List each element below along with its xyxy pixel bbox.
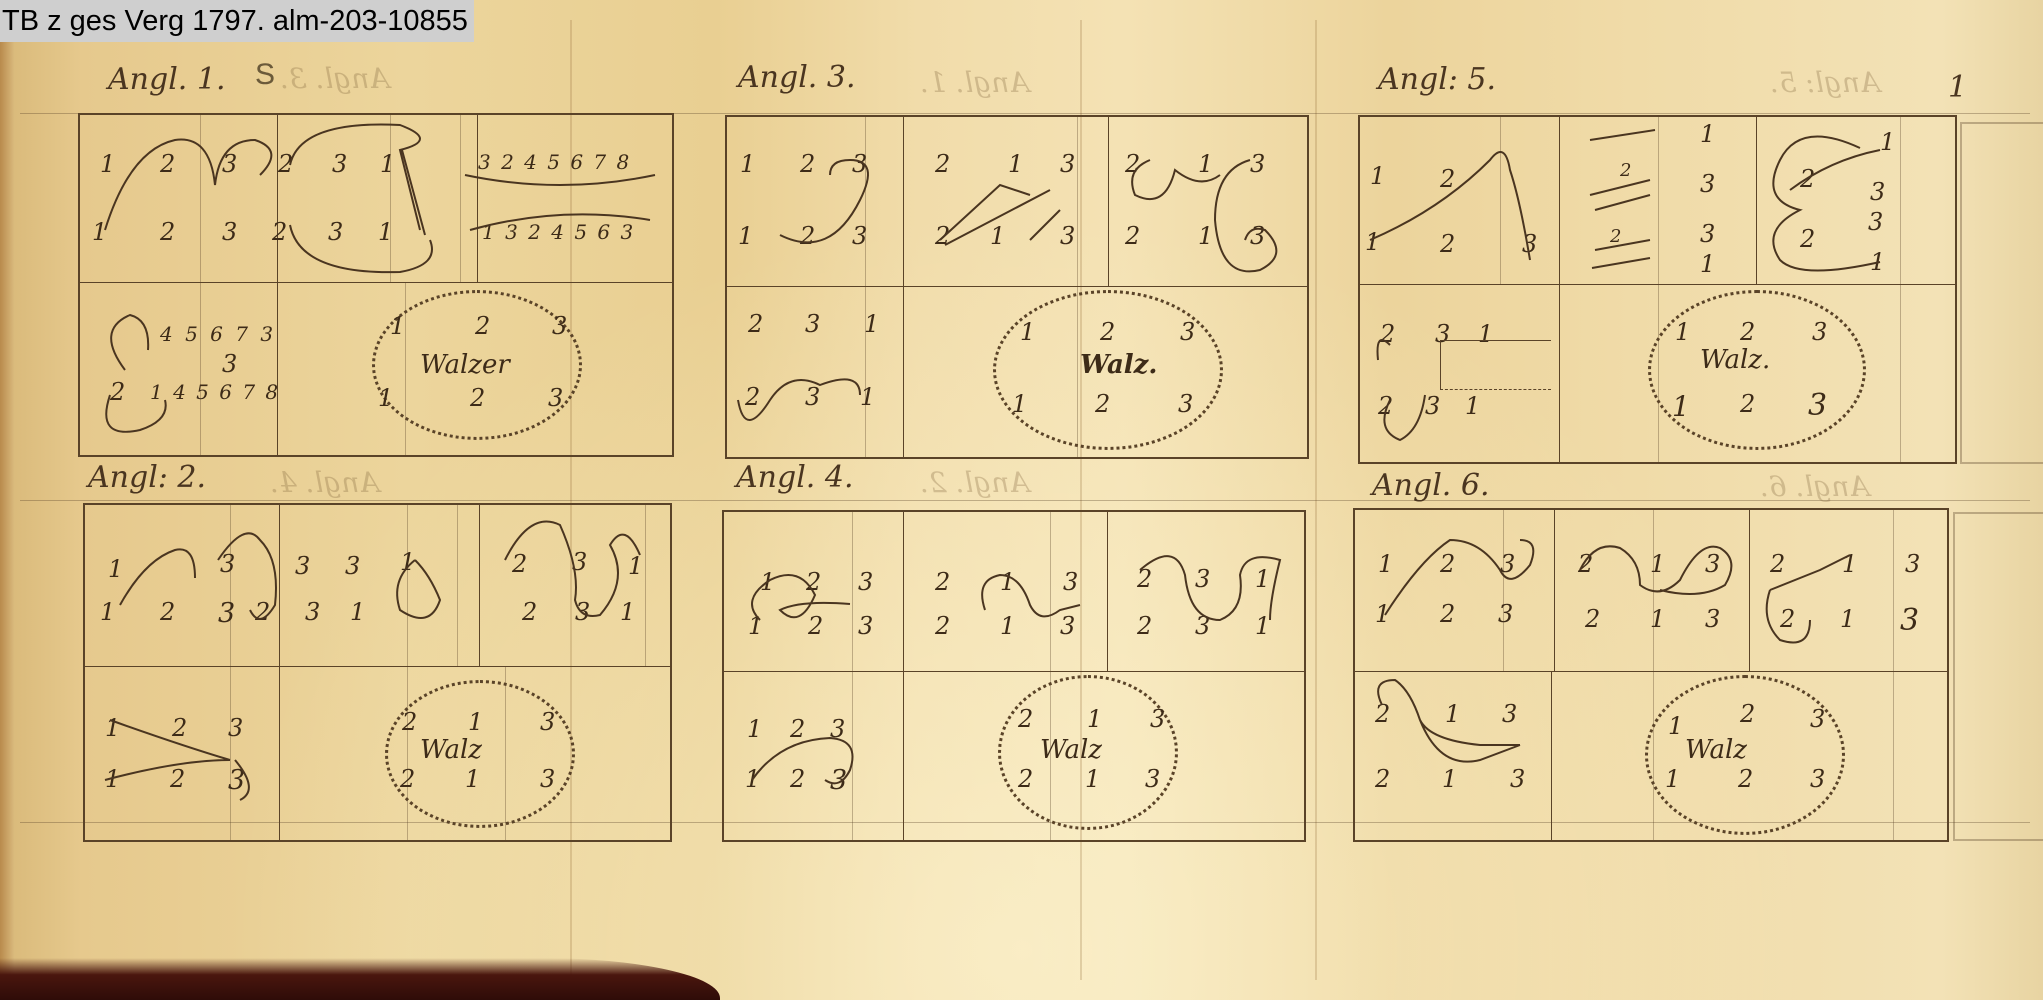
- position-number: 2: [1100, 318, 1115, 346]
- ghost-label: Angl. 1.: [920, 66, 1030, 99]
- position-number: 3: [858, 568, 873, 596]
- position-number: 2: [1740, 700, 1755, 728]
- position-number: 2: [1800, 165, 1815, 193]
- position-number: 2: [110, 378, 125, 406]
- position-number: 3: [1250, 150, 1265, 178]
- adjacent-panel-edge: [1960, 122, 2043, 464]
- section-label-angl-5: Angl: 5.: [1378, 62, 1496, 97]
- position-number: 3: [852, 222, 867, 250]
- position-number: 3: [1810, 705, 1825, 733]
- position-number: 1: [1672, 390, 1690, 423]
- position-number: 3: [548, 384, 563, 412]
- position-number: 2: [1610, 226, 1621, 247]
- position-number: 3: [1063, 568, 1078, 596]
- position-number: 1: [1198, 150, 1213, 178]
- position-number: 2: [1440, 550, 1455, 578]
- position-number: 2: [1440, 230, 1455, 258]
- position-number: 2: [272, 218, 287, 246]
- position-number: 2: [1095, 390, 1110, 418]
- section-label-angl-3: Angl. 3.: [738, 60, 855, 95]
- position-number: 3: [345, 552, 360, 580]
- position-number: 3: [222, 150, 237, 178]
- position-number: 1: [860, 383, 875, 411]
- image-caption: TB z ges Verg 1797. alm-203-10855: [0, 0, 474, 42]
- position-number: 1: [378, 384, 393, 412]
- position-number: 2: [935, 568, 950, 596]
- ghost-label: Angl. 3.: [280, 62, 390, 95]
- position-number: 3: [1502, 700, 1517, 728]
- position-number: 2: [1738, 765, 1753, 793]
- position-number: 2: [808, 612, 823, 640]
- position-number: 1: [1870, 248, 1885, 276]
- ghost-label: Angl. 4.: [270, 466, 380, 499]
- position-number: 2: [475, 312, 490, 340]
- position-number: 3: [328, 218, 343, 246]
- position-number: 2: [806, 568, 821, 596]
- position-number: 3: [1705, 550, 1720, 578]
- position-number: 1: [1020, 318, 1035, 346]
- position-number: 3: [1195, 565, 1210, 593]
- position-number: 2: [935, 222, 950, 250]
- position-number: 3: [1060, 612, 1075, 640]
- position-number: 3: [540, 708, 555, 736]
- walz-label: Walz: [1685, 735, 1747, 765]
- position-number: 1: [400, 548, 415, 576]
- position-number: 3: [1250, 222, 1265, 250]
- position-number: 3: [1905, 550, 1920, 578]
- position-number: 2: [400, 765, 415, 793]
- adjacent-panel-edge: [1953, 512, 2043, 841]
- position-number: 1: [1012, 390, 1027, 418]
- position-number: 3: [1808, 388, 1827, 423]
- position-number: 3: [552, 312, 567, 340]
- position-number: 3: [1180, 318, 1195, 346]
- position-number: 3: [1810, 765, 1825, 793]
- position-number: 3: [805, 383, 820, 411]
- position-number: 3: [1870, 178, 1885, 206]
- position-number: 1: [1008, 150, 1023, 178]
- position-number: 3: [540, 765, 555, 793]
- position-number: 2: [1375, 700, 1390, 728]
- position-number: 2: [1578, 550, 1593, 578]
- position-number: 1: [1650, 605, 1665, 633]
- position-number: 2: [160, 150, 175, 178]
- position-number: 1: [1880, 128, 1895, 156]
- ghost-label: Angl: 5.: [1770, 66, 1880, 99]
- position-number: 1: [1370, 162, 1385, 190]
- position-sequence: 1 3 2 4 5 6 3: [482, 220, 635, 244]
- position-number: 3: [1700, 170, 1715, 198]
- position-number: 1: [1840, 605, 1855, 633]
- position-number: 3: [228, 714, 243, 742]
- marker-label: S: [255, 58, 275, 92]
- position-number: 3: [222, 350, 237, 378]
- position-number: 1: [378, 218, 393, 246]
- position-number: 2: [512, 550, 527, 578]
- position-number: 1: [1365, 228, 1380, 256]
- position-number: 3: [1060, 150, 1075, 178]
- position-sequence: 3 2 4 5 6 7 8: [478, 150, 631, 174]
- position-number: 2: [1018, 765, 1033, 793]
- position-number: 1: [628, 552, 643, 580]
- position-number: 2: [1125, 222, 1140, 250]
- page-number: 1: [1948, 70, 1967, 105]
- position-number: 2: [935, 612, 950, 640]
- section-label-angl-1: Angl. 1.: [108, 62, 225, 97]
- position-number: 2: [1620, 160, 1631, 181]
- position-number: 3: [1060, 222, 1075, 250]
- position-number: 1: [380, 150, 395, 178]
- position-number: 3: [218, 598, 235, 629]
- position-number: 2: [800, 222, 815, 250]
- position-number: 2: [1440, 600, 1455, 628]
- position-number: 2: [470, 384, 485, 412]
- section-label-angl-6: Angl. 6.: [1372, 468, 1489, 503]
- position-number: 2: [255, 598, 270, 626]
- position-number: 3: [1900, 603, 1919, 638]
- position-number: 1: [100, 598, 115, 626]
- position-number: 3: [1705, 605, 1720, 633]
- position-sequence: 4 5 6 7 3: [160, 322, 276, 346]
- position-number: 2: [748, 310, 763, 338]
- position-number: 3: [830, 765, 847, 796]
- position-number: 2: [170, 765, 185, 793]
- position-number: 2: [1137, 565, 1152, 593]
- position-number: 1: [350, 598, 365, 626]
- position-number: 3: [228, 765, 245, 796]
- position-number: 1: [1085, 765, 1100, 793]
- position-number: 3: [1145, 765, 1160, 793]
- binding-shadow: [0, 958, 720, 1000]
- position-number: 2: [172, 714, 187, 742]
- position-number: 3: [575, 598, 590, 626]
- position-number: 2: [745, 383, 760, 411]
- position-number: 1: [1668, 712, 1683, 740]
- position-number: 3: [1510, 765, 1525, 793]
- position-number: 2: [1018, 705, 1033, 733]
- position-number: 2: [790, 715, 805, 743]
- position-number: 1: [990, 222, 1005, 250]
- position-number: 3: [1195, 612, 1210, 640]
- position-number: 1: [1700, 250, 1715, 278]
- position-number: 1: [1000, 568, 1015, 596]
- section-label-angl-4: Angl. 4.: [736, 460, 853, 495]
- position-number: 1: [1442, 765, 1457, 793]
- position-number: 3: [1700, 220, 1715, 248]
- position-number: 1: [465, 765, 480, 793]
- ghost-label: Angl. 6.: [1760, 470, 1870, 503]
- section-label-angl-2: Angl: 2.: [88, 460, 206, 495]
- position-number: 3: [222, 218, 237, 246]
- position-number: 1: [1665, 765, 1680, 793]
- position-number: 1: [468, 708, 483, 736]
- position-number: 2: [1375, 765, 1390, 793]
- position-number: 1: [1255, 612, 1270, 640]
- position-number: 1: [1000, 612, 1015, 640]
- position-number: 3: [1868, 208, 1883, 236]
- position-number: 2: [1440, 165, 1455, 193]
- walzer-label: Walzer: [420, 350, 510, 380]
- walz-label: Walz.: [1700, 345, 1770, 375]
- guide-line: [20, 500, 2030, 501]
- position-number: 1: [748, 612, 763, 640]
- position-number: 3: [1522, 230, 1537, 258]
- position-number: 3: [220, 550, 235, 578]
- page-edge: [0, 0, 14, 1000]
- position-number: 1: [1255, 565, 1270, 593]
- position-number: 2: [1780, 605, 1795, 633]
- position-number: 1: [105, 714, 120, 742]
- position-number: 2: [1378, 392, 1393, 420]
- position-number: 3: [1500, 550, 1515, 578]
- position-number: 2: [1800, 225, 1815, 253]
- position-number: 1: [620, 598, 635, 626]
- position-number: 2: [160, 218, 175, 246]
- position-number: 3: [1498, 600, 1513, 628]
- position-number: 1: [747, 715, 762, 743]
- position-number: 1: [745, 765, 760, 793]
- ghost-label: Angl. 2.: [920, 466, 1030, 499]
- position-number: 1: [1198, 222, 1213, 250]
- position-number: 1: [108, 555, 123, 583]
- position-number: 3: [1178, 390, 1193, 418]
- position-number: 2: [1137, 612, 1152, 640]
- position-number: 1: [738, 222, 753, 250]
- walz-label: Walz.: [1080, 350, 1157, 380]
- position-number: 2: [800, 150, 815, 178]
- position-number: 1: [1650, 550, 1665, 578]
- position-number: 2: [522, 598, 537, 626]
- position-number: 3: [1812, 318, 1827, 346]
- position-number: 2: [935, 150, 950, 178]
- figure-path: [1440, 340, 1551, 390]
- position-number: 1: [1465, 392, 1480, 420]
- position-number: 2: [278, 150, 293, 178]
- position-number: 1: [1375, 600, 1390, 628]
- position-number: 1: [105, 765, 120, 793]
- position-number: 2: [402, 708, 417, 736]
- position-number: 2: [1740, 390, 1755, 418]
- position-number: 2: [1380, 320, 1395, 348]
- position-number: 3: [852, 150, 867, 178]
- position-number: 1: [1700, 120, 1715, 148]
- position-number: 2: [160, 598, 175, 626]
- position-number: 1: [100, 150, 115, 178]
- walz-label: Walz: [1040, 735, 1102, 765]
- position-number: 1: [1087, 705, 1102, 733]
- position-number: 1: [1675, 318, 1690, 346]
- position-number: 2: [1585, 605, 1600, 633]
- position-number: 1: [864, 310, 879, 338]
- position-number: 1: [390, 312, 405, 340]
- position-number: 1: [740, 150, 755, 178]
- position-number: 3: [1425, 392, 1440, 420]
- position-number: 3: [830, 715, 845, 743]
- position-number: 2: [1125, 150, 1140, 178]
- position-number: 1: [1378, 550, 1393, 578]
- position-number: 2: [1740, 318, 1755, 346]
- position-number: 3: [305, 598, 320, 626]
- position-number: 3: [295, 552, 310, 580]
- position-number: 1: [1842, 550, 1857, 578]
- position-number: 1: [92, 218, 107, 246]
- position-number: 3: [858, 612, 873, 640]
- position-sequence: 1 4 5 6 7 8: [150, 380, 280, 404]
- walz-label: Walz: [420, 735, 482, 765]
- position-number: 1: [1445, 700, 1460, 728]
- position-number: 3: [1150, 705, 1165, 733]
- position-number: 2: [790, 765, 805, 793]
- position-number: 1: [760, 568, 775, 596]
- position-number: 3: [805, 310, 820, 338]
- position-number: 2: [1770, 550, 1785, 578]
- position-number: 3: [572, 548, 587, 576]
- position-number: 3: [332, 150, 347, 178]
